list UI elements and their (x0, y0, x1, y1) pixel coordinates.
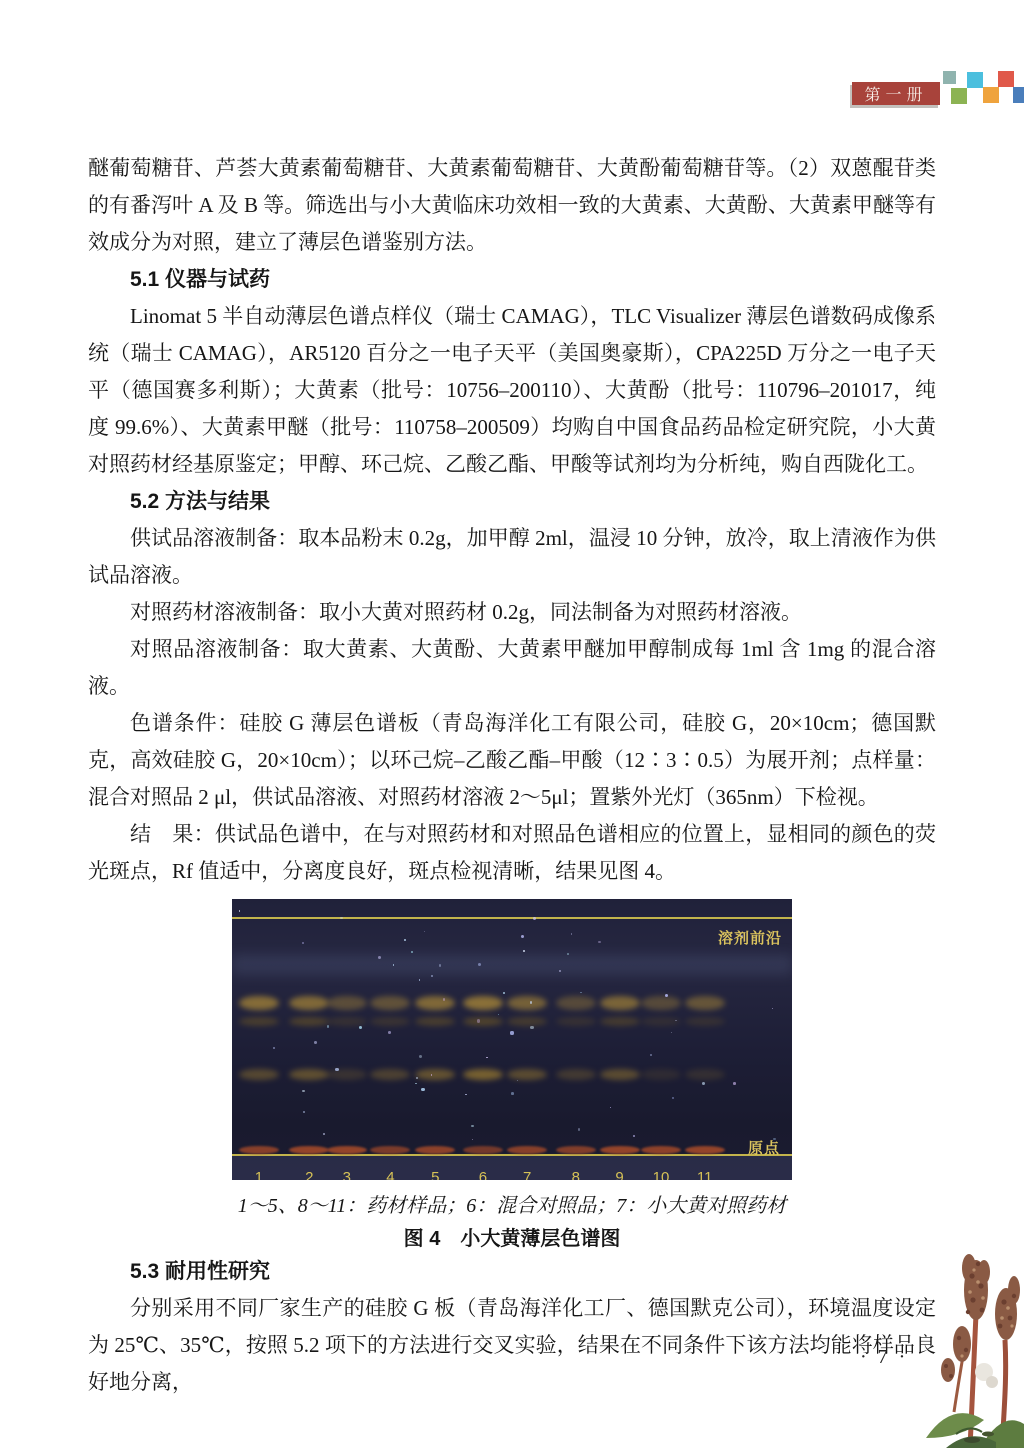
tlc-spot-upper-band-2-lane-6 (463, 1017, 503, 1026)
plate-speckle (302, 1090, 304, 1092)
plate-speckle (578, 1128, 580, 1130)
paragraph-5-2-conditions: 色谱条件：硅胶 G 薄层色谱板（青岛海洋化工有限公司，硅胶 G，20×10cm；… (88, 705, 936, 816)
solvent-front-label: 溶剂前沿 (718, 920, 782, 957)
plate-speckle (675, 1020, 677, 1022)
paragraph-5-3: 分别采用不同厂家生产的硅胶 G 板（青岛海洋化工厂、德国默克公司），环境温度设定… (88, 1290, 936, 1401)
document-page: 第一册 醚葡萄糖苷、芦荟大黄素葡萄糖苷、大黄素葡萄糖苷、大黄酚葡萄糖苷等。（2）… (0, 0, 1024, 1448)
tlc-spot-origin-band-lane-5 (415, 1146, 455, 1154)
tlc-spot-upper-band-lane-1 (239, 996, 279, 1010)
plate-speckle (314, 1041, 317, 1044)
tlc-spot-upper-band-lane-8 (556, 996, 596, 1010)
tlc-spot-middle-band-lane-10 (641, 1069, 681, 1080)
tlc-spot-upper-band-lane-10 (641, 996, 681, 1010)
plate-speckle (415, 1083, 417, 1085)
tlc-spot-upper-band-2-lane-2 (289, 1017, 329, 1026)
plate-speckle (388, 1031, 391, 1034)
plate-speckle (533, 917, 536, 920)
tlc-spot-origin-band-lane-6 (463, 1146, 503, 1154)
paragraph-5-2-sample: 供试品溶液制备：取本品粉末 0.2g，加甲醇 2ml，温浸 10 分钟，放冷，取… (88, 520, 936, 594)
paragraph-5-2-reference-solution: 对照品溶液制备：取大黄素、大黄酚、大黄素甲醚加甲醇制成每 1ml 含 1mg 的… (88, 631, 936, 705)
tlc-spot-upper-band-2-lane-5 (415, 1017, 455, 1026)
tlc-spot-middle-band-lane-3 (327, 1069, 367, 1080)
plate-speckle (416, 1077, 418, 1079)
tlc-spot-upper-band-lane-9 (600, 996, 640, 1010)
plate-speckle (503, 992, 505, 994)
plate-speckle (421, 1088, 424, 1091)
plate-speckle (530, 1001, 532, 1003)
plate-speckle (567, 953, 569, 955)
plate-speckle (419, 979, 421, 981)
origin-label: 原点 (748, 1130, 780, 1167)
lane-number-11: 11 (697, 1159, 713, 1180)
tlc-spot-middle-band-lane-2 (289, 1069, 329, 1080)
tlc-spot-upper-band-lane-5 (415, 996, 455, 1010)
plate-speckle (465, 1094, 467, 1096)
tlc-spot-upper-band-lane-2 (289, 996, 329, 1010)
plate-speckle (702, 1082, 705, 1085)
tlc-spot-upper-band-2-lane-11 (685, 1017, 725, 1026)
plate-speckle (340, 917, 343, 920)
tlc-spot-middle-band-lane-8 (556, 1069, 596, 1080)
plate-speckle (598, 941, 601, 944)
lane-number-6: 6 (479, 1159, 487, 1180)
tlc-spot-origin-band-lane-1 (239, 1146, 279, 1154)
volume-banner-label: 第一册 (864, 82, 927, 105)
section-heading-5-1: 5.1 仪器与试药 (88, 261, 936, 298)
decor-square-red (998, 71, 1014, 87)
plate-speckle (650, 1054, 652, 1056)
solvent-front-line (232, 917, 792, 919)
lane-number-3: 3 (343, 1159, 351, 1180)
decor-square-orange (983, 87, 999, 103)
tlc-spot-origin-band-lane-11 (685, 1146, 725, 1154)
figure-title: 图 4 小大黄薄层色谱图 (88, 1225, 936, 1253)
tlc-spot-origin-band-lane-9 (600, 1146, 640, 1154)
paragraph-intro: 醚葡萄糖苷、芦荟大黄素葡萄糖苷、大黄素葡萄糖苷、大黄酚葡萄糖苷等。（2）双蒽醌苷… (88, 150, 936, 261)
plate-speckle (633, 1135, 635, 1137)
volume-banner: 第一册 (852, 82, 940, 105)
tlc-spot-middle-band-lane-5 (415, 1069, 455, 1080)
tlc-spot-upper-band-lane-11 (685, 996, 725, 1010)
tlc-spot-middle-band-lane-9 (600, 1069, 640, 1080)
decor-square-teal (943, 71, 956, 84)
tlc-spot-origin-band-lane-2 (289, 1146, 329, 1154)
section-heading-5-3: 5.3 耐用性研究 (88, 1253, 936, 1290)
plate-speckle (580, 992, 582, 994)
plate-speckle (511, 1092, 514, 1095)
lane-number-4: 4 (386, 1159, 394, 1180)
tlc-spot-middle-band-lane-1 (239, 1069, 279, 1080)
plate-speckle (359, 1026, 362, 1029)
plate-speckle (571, 933, 573, 935)
lane-number-7: 7 (523, 1159, 531, 1180)
plate-speckle (733, 1082, 736, 1085)
plate-speckle (472, 1139, 473, 1140)
paragraph-5-2-reference-material: 对照药材溶液制备：取小大黄对照药材 0.2g，同法制备为对照药材溶液。 (88, 594, 936, 631)
decor-square-blue (1013, 87, 1024, 103)
tlc-spot-upper-band-2-lane-8 (556, 1017, 596, 1026)
tlc-spot-origin-band-lane-7 (507, 1146, 547, 1154)
plate-speckle (302, 942, 304, 944)
lane-number-2: 2 (305, 1159, 313, 1180)
plate-speckle (610, 1107, 612, 1109)
plate-speckle (486, 1057, 487, 1058)
plate-speckle (431, 1074, 433, 1076)
lane-number-5: 5 (431, 1159, 439, 1180)
tlc-spot-origin-band-lane-4 (370, 1146, 410, 1154)
plate-speckle (327, 1025, 329, 1027)
page-body: 醚葡萄糖苷、芦荟大黄素葡萄糖苷、大黄素葡萄糖苷、大黄酚葡萄糖苷等。（2）双蒽醌苷… (88, 150, 936, 1401)
plate-speckle (323, 1133, 325, 1135)
plate-speckle (471, 1125, 473, 1127)
tlc-spot-middle-band-lane-6 (463, 1069, 503, 1080)
plate-speckle (439, 964, 442, 967)
paragraph-5-1: Linomat 5 半自动薄层色谱点样仪（瑞士 CAMAG），TLC Visua… (88, 298, 936, 483)
plate-speckle (741, 935, 743, 937)
plate-speckle (411, 951, 413, 953)
tlc-spot-upper-band-2-lane-3 (327, 1017, 367, 1026)
tlc-spot-upper-band-lane-7 (507, 996, 547, 1010)
figure-4: 溶剂前沿 原点 1234567891011 1～5、8～11：药材样品；6：混合… (88, 899, 936, 1253)
plate-speckle (303, 1111, 305, 1113)
tlc-plate-image: 溶剂前沿 原点 1234567891011 (232, 899, 792, 1180)
tlc-spot-upper-band-lane-3 (327, 996, 367, 1010)
plate-speckle (517, 1080, 518, 1081)
tlc-spot-upper-band-2-lane-1 (239, 1017, 279, 1026)
section-heading-5-2: 5.2 方法与结果 (88, 483, 936, 520)
plate-speckle (498, 1014, 499, 1015)
figure-caption: 1～5、8～11：药材样品；6：混合对照品；7：小大黄对照药材 图 4 小大黄薄… (88, 1193, 936, 1253)
plate-speckle (273, 1047, 275, 1049)
tlc-spot-upper-band-2-lane-9 (600, 1017, 640, 1026)
plate-speckle (521, 935, 524, 938)
tlc-spot-upper-band-2-lane-10 (641, 1017, 681, 1026)
tlc-spot-upper-band-lane-6 (463, 996, 503, 1010)
plate-speckle (419, 1055, 422, 1058)
plate-speckle (523, 950, 525, 952)
tlc-spot-origin-band-lane-10 (641, 1146, 681, 1154)
lane-number-10: 10 (653, 1159, 670, 1180)
tlc-spot-middle-band-lane-4 (370, 1069, 410, 1080)
lane-number-8: 8 (572, 1159, 580, 1180)
plate-speckle (672, 1097, 673, 1098)
plate-speckle (239, 910, 241, 912)
plate-speckle (772, 1008, 773, 1009)
plate-speckle (671, 1032, 672, 1033)
plate-haze-band (232, 955, 792, 975)
rhubarb-plant-photo (926, 1252, 1024, 1448)
tlc-spot-middle-band-lane-11 (685, 1069, 725, 1080)
tlc-spot-middle-band-lane-7 (507, 1069, 547, 1080)
plate-speckle (404, 939, 406, 941)
figure-legend: 1～5、8～11：药材样品；6：混合对照品；7：小大黄对照药材 (88, 1193, 936, 1219)
tlc-spot-origin-band-lane-3 (327, 1146, 367, 1154)
plate-speckle (431, 975, 433, 977)
plate-speckle (510, 1031, 513, 1034)
tlc-spot-upper-band-2-lane-7 (507, 1017, 547, 1026)
tlc-spot-origin-band-lane-8 (556, 1146, 596, 1154)
paragraph-5-2-result: 结 果：供试品色谱中，在与对照药材和对照品色谱相应的位置上，显相同的颜色的荧光斑… (88, 816, 936, 890)
plate-speckle (530, 1026, 533, 1029)
plate-speckle (393, 964, 394, 965)
tlc-spot-upper-band-2-lane-4 (370, 1017, 410, 1026)
plate-speckle (378, 956, 381, 959)
plate-speckle (424, 931, 426, 933)
decor-square-cyan (967, 72, 983, 88)
lane-number-9: 9 (615, 1159, 623, 1180)
decor-square-green (951, 88, 967, 104)
tlc-spot-upper-band-lane-4 (370, 996, 410, 1010)
page-number: · 7 · (860, 1346, 908, 1369)
lane-number-1: 1 (255, 1159, 263, 1180)
